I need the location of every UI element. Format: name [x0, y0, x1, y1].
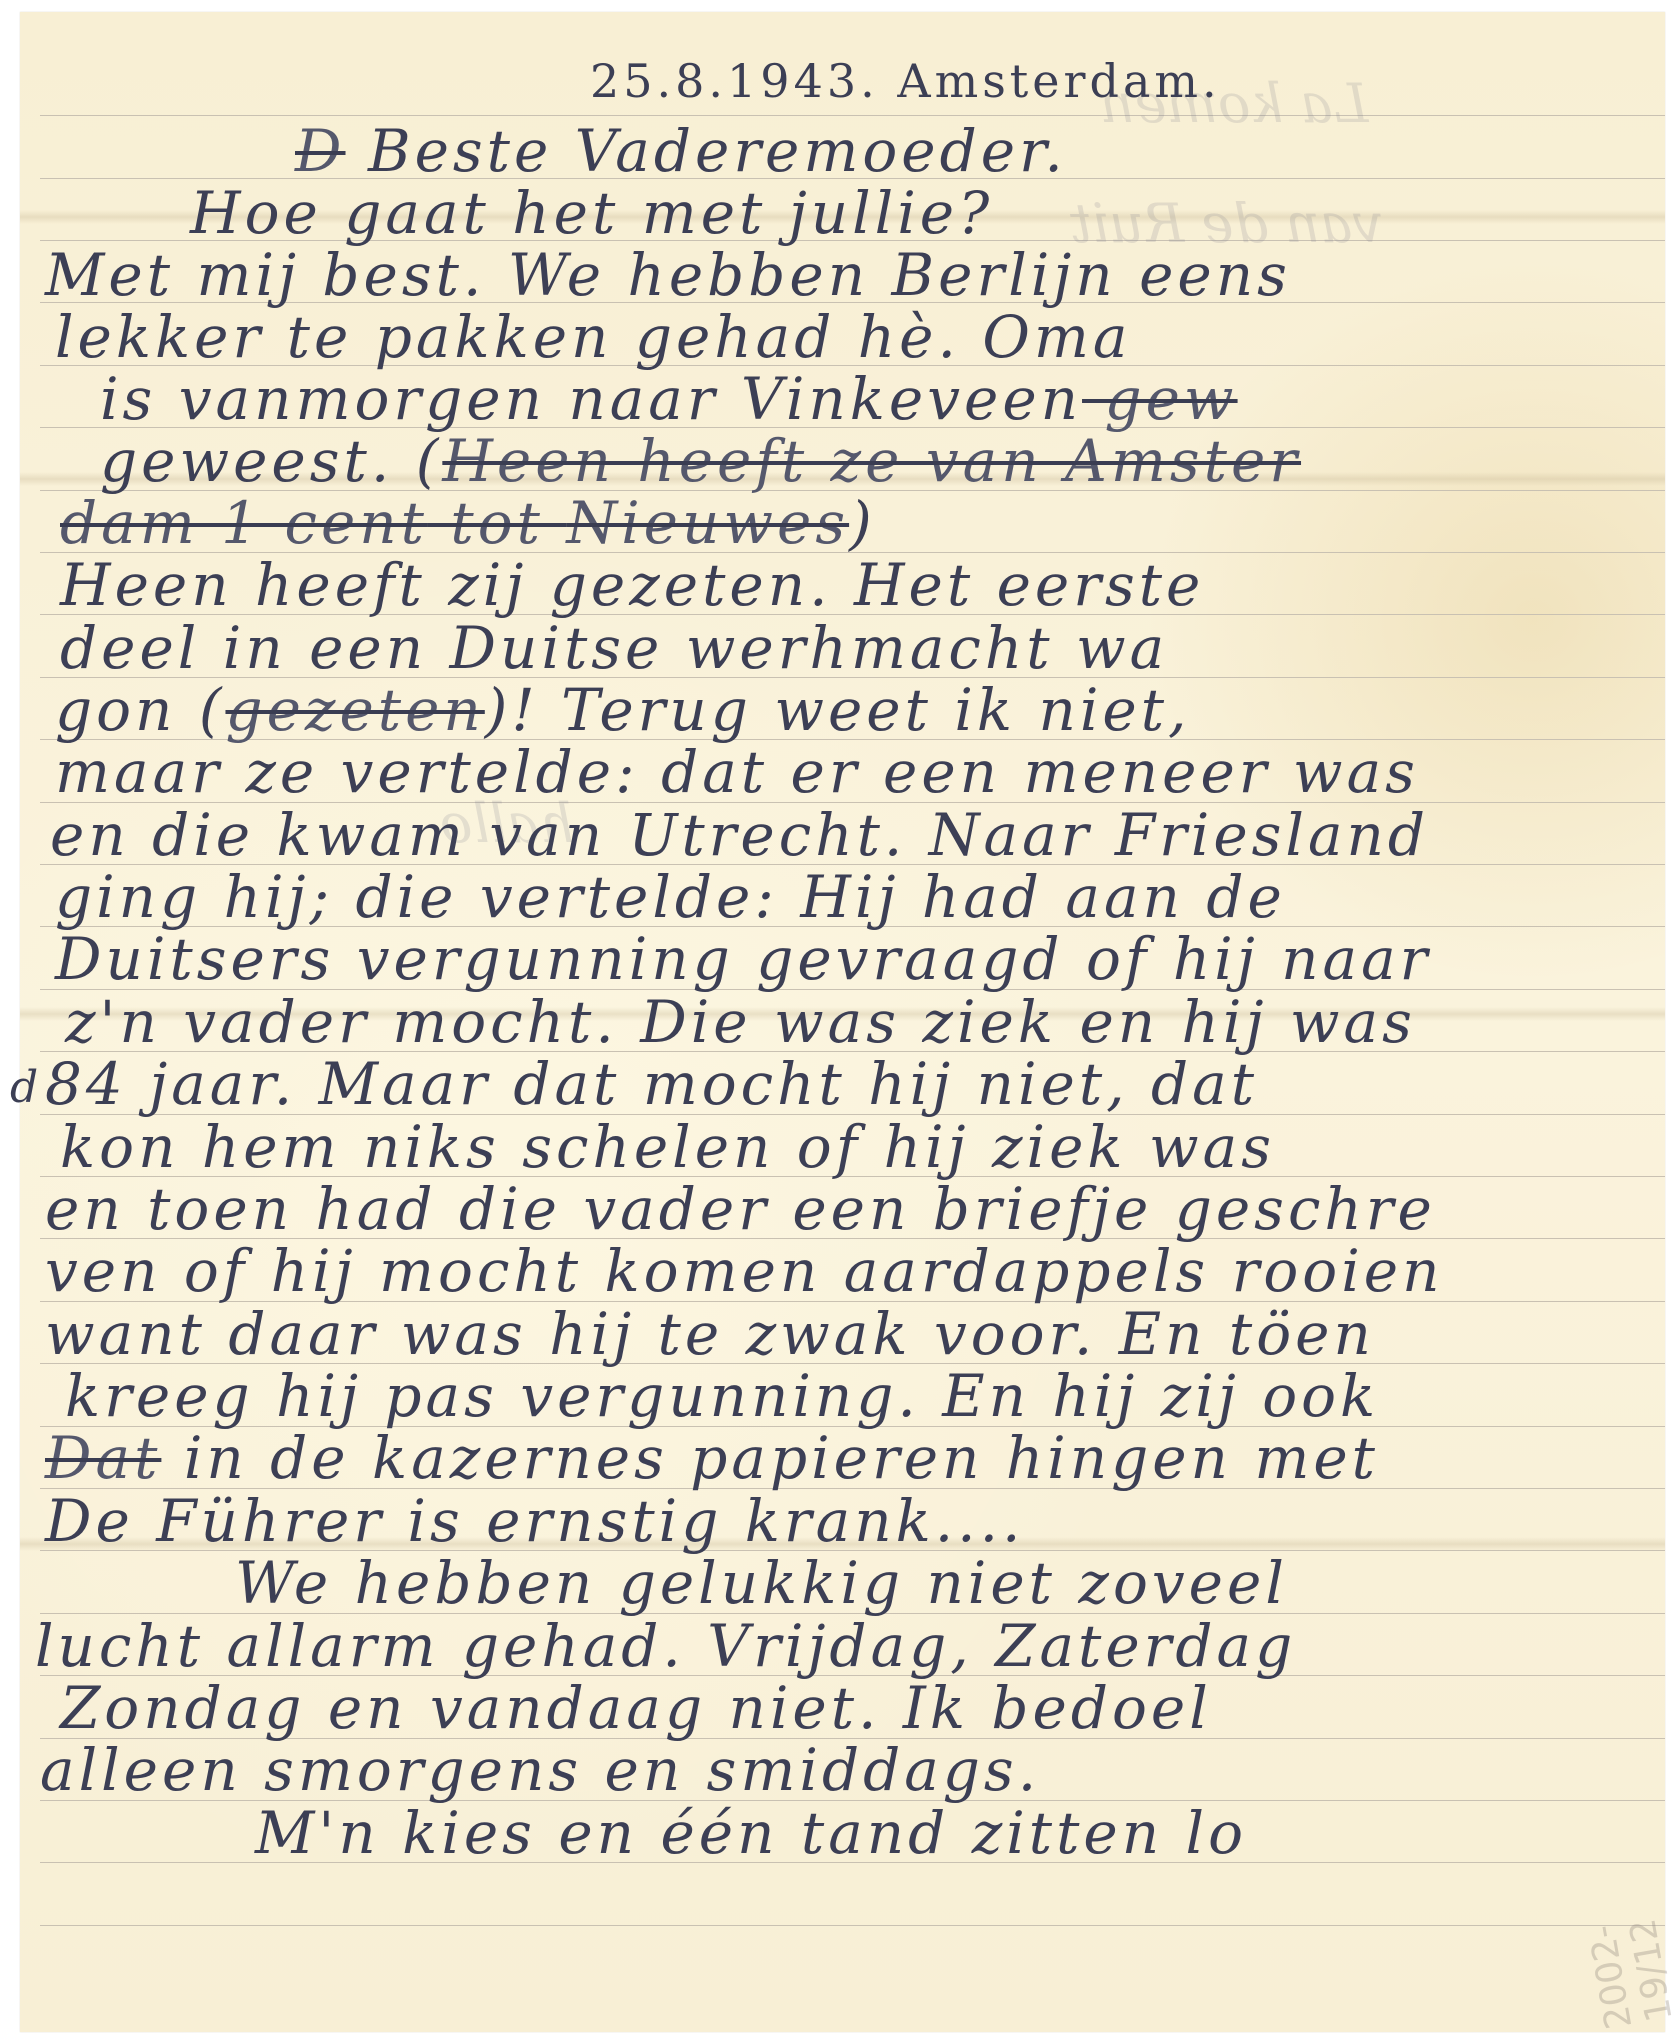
letter-line: dam 1 cent tot Nieuwes): [60, 494, 876, 552]
line-text: 84 jaar. Maar dat mocht hij niet, dat: [45, 1050, 1258, 1118]
line-text: )! Terug weet ik niet,: [485, 676, 1191, 744]
line-text: ven of hij mocht komen aardappels rooien: [45, 1237, 1443, 1305]
line-text: en die kwam van Utrecht. Naar Friesland: [50, 801, 1429, 869]
ruling-line: [40, 115, 1665, 116]
letter-line: en toen had die vader een briefje geschr…: [45, 1180, 1436, 1238]
line-text: M'n kies en één tand zitten lo: [255, 1799, 1247, 1867]
letter-line: kon hem niks schelen of hij ziek was: [60, 1118, 1275, 1176]
struck-text: tot: [428, 489, 566, 557]
line-text: Hoe gaat het met jullie?: [190, 179, 993, 247]
line-text: kreeg hij pas vergunning. En hij zij ook: [65, 1362, 1379, 1430]
line-text: want daar was hij te zwak voor. En töen: [45, 1300, 1375, 1368]
letter-line: De Führer is ernstig krank....: [45, 1492, 1024, 1550]
struck-text: Heen heeft ze van Amster: [442, 427, 1301, 495]
letter-line: Dat in de kazernes papieren hingen met: [45, 1429, 1379, 1487]
struck-salutation-letter: D: [295, 117, 346, 185]
letter-line: alleen smorgens en smiddags.: [40, 1741, 1040, 1799]
letter-line: 84 jaar. Maar dat mocht hij niet, dat: [45, 1055, 1258, 1113]
margin-correction: d: [10, 1062, 38, 1113]
line-text: geweest. (: [100, 427, 442, 495]
line-text: Zondag en vandaag niet. Ik bedoel: [60, 1674, 1212, 1742]
letter-date-place: 25.8.1943. Amsterdam.: [590, 58, 1221, 104]
line-text: maar ze vertelde: dat er een meneer was: [55, 738, 1419, 806]
struck-text: dam 1 cent: [60, 489, 428, 557]
line-text: deel in een Duitse werhmacht wa: [60, 614, 1168, 682]
line-text: alleen smorgens en smiddags.: [40, 1736, 1040, 1804]
letter-line: Duitsers vergunning gevraagd of hij naar: [55, 930, 1431, 988]
letter-line: want daar was hij te zwak voor. En töen: [45, 1305, 1375, 1363]
line-text: We hebben gelukkig niet zoveel: [235, 1549, 1288, 1617]
line-text: Duitsers vergunning gevraagd of hij naar: [55, 925, 1431, 993]
line-text: ging hij; die vertelde: Hij had aan de: [55, 863, 1286, 931]
letter-line: kreeg hij pas vergunning. En hij zij ook: [65, 1367, 1379, 1425]
letter-line: deel in een Duitse werhmacht wa: [60, 619, 1168, 677]
line-text: De Führer is ernstig krank....: [45, 1487, 1024, 1555]
letter-line: gon (gezeten)! Terug weet ik niet,: [55, 681, 1190, 739]
letter-line: M'n kies en één tand zitten lo: [255, 1804, 1247, 1862]
struck-text: Dat: [45, 1424, 161, 1492]
letter-line: Zondag en vandaag niet. Ik bedoel: [60, 1679, 1212, 1737]
letter-page: La komen van de Ruit hallo 2002-19/12 25…: [20, 12, 1665, 2032]
letter-line: en die kwam van Utrecht. Naar Friesland: [50, 806, 1429, 864]
line-text: gon (: [55, 676, 225, 744]
letter-line: ging hij; die vertelde: Hij had aan de: [55, 868, 1286, 926]
letter-line: We hebben gelukkig niet zoveel: [235, 1554, 1288, 1612]
line-text: kon hem niks schelen of hij ziek was: [60, 1113, 1275, 1181]
letter-line: Heen heeft zij gezeten. Het eerste: [60, 556, 1204, 614]
letter-salutation: D Beste Vaderemoeder.: [295, 122, 1067, 180]
line-text: is vanmorgen naar Vinkeveen: [100, 365, 1082, 433]
line-text: lucht allarm gehad. Vrijdag, Zaterdag: [35, 1612, 1296, 1680]
letter-line: Met mij best. We hebben Berlijn eens: [45, 246, 1291, 304]
salutation-text: Beste Vaderemoeder.: [368, 117, 1067, 185]
letter-line: maar ze vertelde: dat er een meneer was: [55, 743, 1419, 801]
struck-text: gew: [1082, 365, 1238, 433]
letter-line: lucht allarm gehad. Vrijdag, Zaterdag: [35, 1617, 1296, 1675]
letter-line: ven of hij mocht komen aardappels rooien: [45, 1242, 1443, 1300]
letter-line: is vanmorgen naar Vinkeveen gew: [100, 370, 1238, 428]
letter-line: lekker te pakken gehad hè. Oma: [55, 308, 1131, 366]
letter-line: geweest. (Heen heeft ze van Amster: [100, 432, 1301, 490]
struck-text: gezeten: [225, 676, 484, 744]
letter-line: Hoe gaat het met jullie?: [190, 184, 993, 242]
struck-text: Nieuwes: [566, 489, 849, 557]
ruling-line: [40, 1925, 1665, 1926]
line-text: Met mij best. We hebben Berlijn eens: [45, 241, 1291, 309]
line-text: Heen heeft zij gezeten. Het eerste: [60, 551, 1204, 619]
letter-line: z'n vader mocht. Die was ziek en hij was: [65, 993, 1416, 1051]
archive-number: 2002-19/12: [1582, 1915, 1680, 2032]
line-text: in de kazernes papieren hingen met: [161, 1424, 1379, 1492]
line-text: ): [849, 489, 876, 557]
line-text: lekker te pakken gehad hè. Oma: [55, 303, 1131, 371]
line-text: z'n vader mocht. Die was ziek en hij was: [65, 988, 1416, 1056]
line-text: en toen had die vader een briefje geschr…: [45, 1175, 1436, 1243]
